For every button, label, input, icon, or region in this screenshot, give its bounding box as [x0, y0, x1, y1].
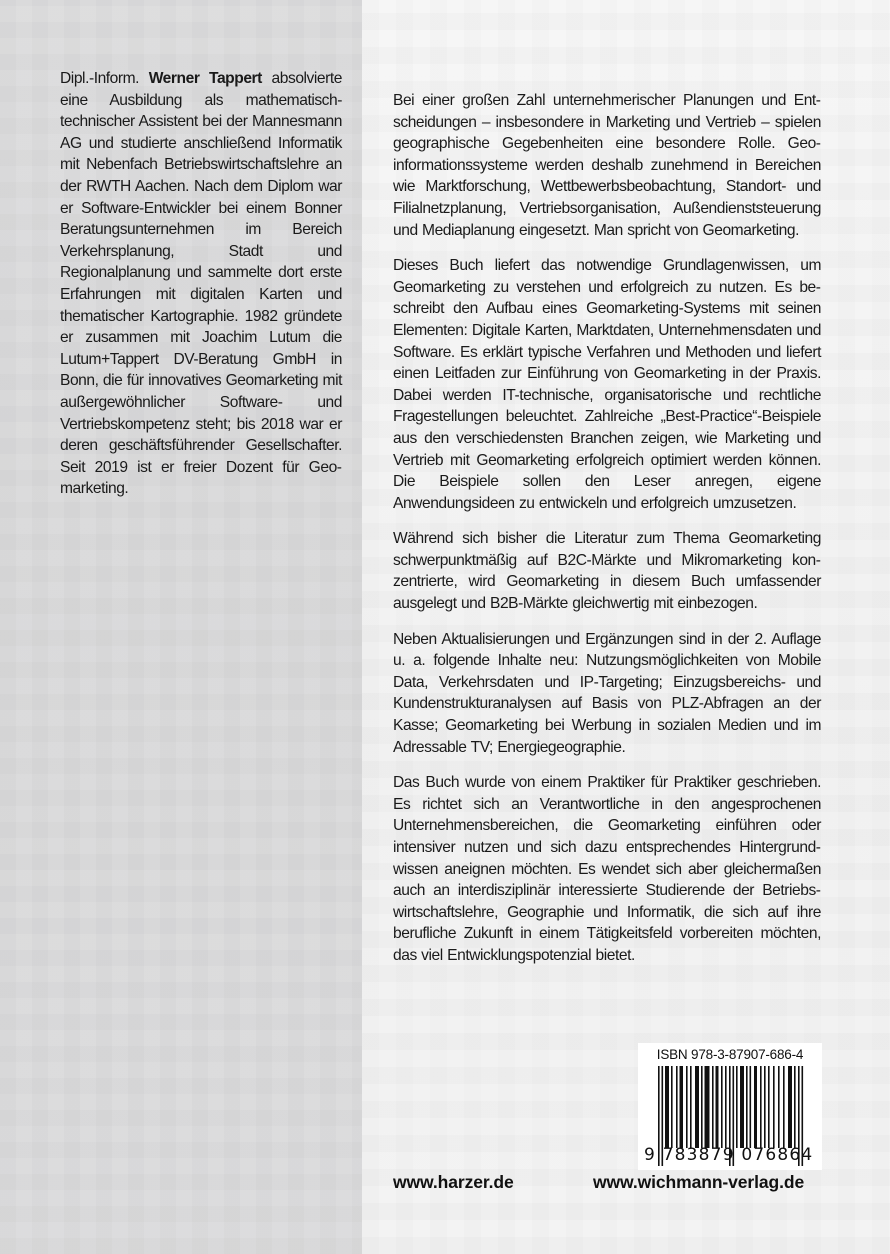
author-bio: Dipl.-Inform. Werner Tappert absolvier­t…	[60, 68, 342, 500]
author-bio-text: absolvier­te eine Ausbildung als mathema…	[60, 70, 342, 497]
author-name: Werner Tappert	[149, 70, 262, 87]
description-paragraph: Das Buch wurde von einem Praktiker für P…	[393, 772, 821, 966]
isbn-barcode-box: ISBN 978-3-87907-686-4	[638, 1043, 822, 1170]
isbn-label: ISBN 978-3-87907-686-4	[638, 1047, 822, 1062]
description-paragraph: Dieses Buch liefert das notwendige Grund…	[393, 255, 821, 514]
description-paragraph: Bei einer großen Zahl unternehmerischer …	[393, 90, 821, 241]
description-paragraph: Während sich bisher die Literatur zum Th…	[393, 528, 821, 614]
description-paragraph: Neben Aktualisierungen und Ergänzungen s…	[393, 629, 821, 759]
barcode-digits: 9 783879 076864	[644, 1145, 820, 1165]
harzer-website-link[interactable]: www.harzer.de	[393, 1172, 514, 1193]
author-bio-prefix: Dipl.-Inform.	[60, 70, 149, 87]
wichmann-website-link[interactable]: www.wichmann-verlag.de	[593, 1172, 804, 1193]
book-description: Bei einer großen Zahl unternehmerischer …	[393, 90, 821, 981]
